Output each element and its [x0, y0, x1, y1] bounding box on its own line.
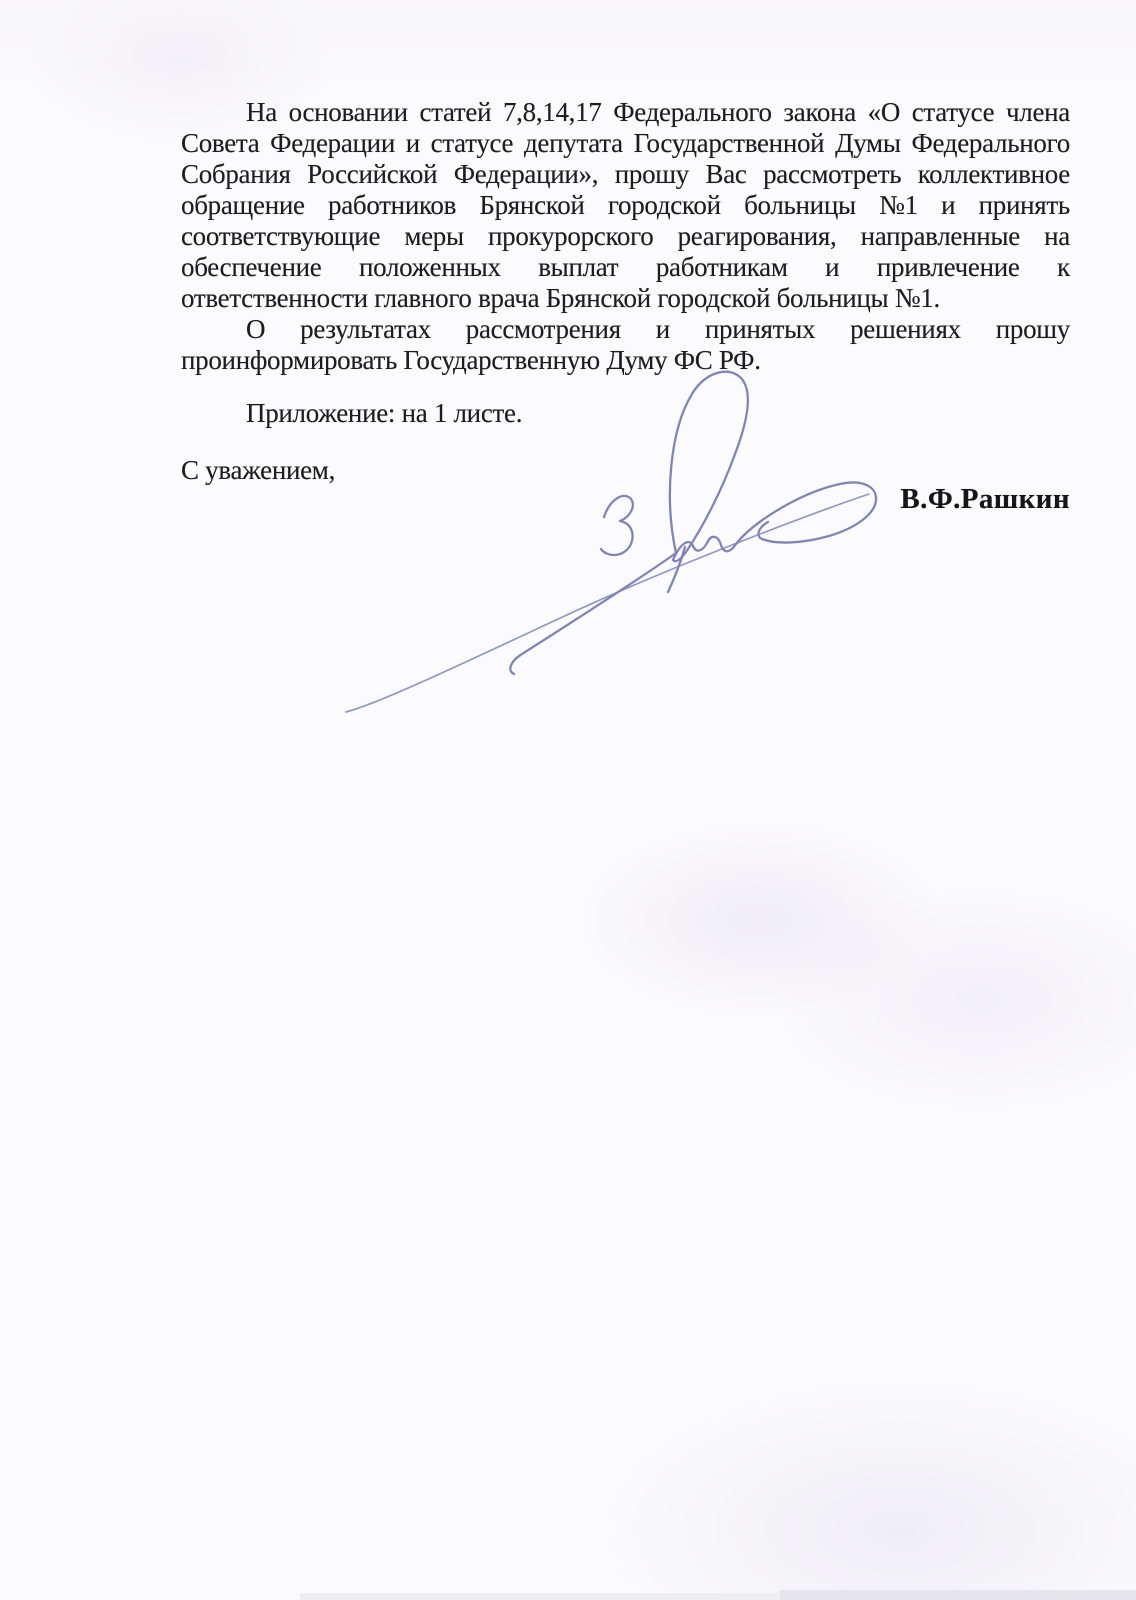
scanned-letter-page: Наоснованиистатей7,8,14,17Федеральногоза…	[0, 0, 1136, 1600]
signer-name: В.Ф.Рашкин	[900, 484, 1070, 515]
body-word: О	[246, 314, 265, 345]
body-word: основании	[289, 97, 408, 128]
body-word: Федерации»,	[454, 159, 598, 190]
body-word: №1	[879, 190, 918, 221]
body-word: Думы	[835, 128, 901, 159]
body-word: статусе	[431, 128, 514, 159]
body-word: 7,8,14,17	[503, 97, 602, 128]
body-word: результатах	[300, 314, 431, 345]
body-word: Государственной	[634, 128, 825, 159]
signature-loop-stroke	[510, 372, 748, 674]
body-word: и	[941, 190, 955, 221]
body-line: Орезультатахрассмотренияипринятыхрешения…	[181, 314, 1070, 345]
body-word: принять	[979, 190, 1070, 221]
body-word: соответствующие	[181, 221, 380, 252]
closing-salutation: С уважением,	[181, 455, 335, 486]
body-paragraphs: Наоснованиистатей7,8,14,17Федеральногоза…	[181, 97, 1070, 376]
body-word: городской	[608, 190, 721, 221]
body-word: «О	[868, 97, 900, 128]
body-word: Федерального	[911, 128, 1069, 159]
body-word: положенных	[359, 252, 501, 283]
body-word: и	[406, 128, 420, 159]
body-word: Российской	[307, 159, 437, 190]
body-word: обращение	[181, 190, 305, 221]
body-word: закона	[783, 97, 856, 128]
body-word: меры	[404, 221, 464, 252]
signature-tail-stroke	[346, 494, 869, 712]
body-word: привлечение	[877, 252, 1020, 283]
body-word: к	[1057, 252, 1070, 283]
body-word: Собрания	[181, 159, 291, 190]
body-word: депутата	[524, 128, 623, 159]
body-word: работникам	[656, 252, 788, 283]
body-word: На	[246, 97, 277, 128]
body-word: статусе	[912, 97, 995, 128]
body-word: Федерального	[613, 97, 771, 128]
scan-edge-shadow	[300, 1593, 1136, 1600]
body-line: Наоснованиистатей7,8,14,17Федеральногоза…	[181, 97, 1070, 128]
signature-descender-stroke	[668, 547, 685, 592]
body-word: члена	[1006, 97, 1070, 128]
body-word: прошу	[615, 159, 689, 190]
body-word: рассмотреть	[763, 159, 901, 190]
scan-edge-shadow-dark	[780, 1590, 1136, 1600]
body-word: Федерации	[270, 128, 395, 159]
attachment-note: Приложение: на 1 листе.	[246, 398, 522, 429]
body-line: СобранияРоссийскойФедерации»,прошуВасрас…	[181, 159, 1070, 190]
body-word: на	[1044, 221, 1070, 252]
body-word: Брянской	[479, 190, 584, 221]
body-word: принятых	[705, 314, 815, 345]
body-word: прошу	[996, 314, 1070, 345]
body-word: и	[825, 252, 839, 283]
signature-letter-stroke	[601, 496, 633, 555]
body-line: соответствующиемерыпрокурорскогореагиров…	[181, 221, 1070, 252]
body-line: ответственности главного врача Брянской …	[181, 283, 1070, 314]
body-word: статей	[419, 97, 491, 128]
body-word: работников	[328, 190, 456, 221]
body-word: реагирования,	[678, 221, 837, 252]
body-word: направленные	[861, 221, 1020, 252]
body-word: обеспечение	[181, 252, 321, 283]
body-line: СоветаФедерацииистатуседепутатаГосударст…	[181, 128, 1070, 159]
body-line: обращениеработниковБрянскойгородскойболь…	[181, 190, 1070, 221]
body-word: рассмотрения	[466, 314, 621, 345]
body-word: прокурорского	[488, 221, 653, 252]
body-line: обеспечениеположенныхвыплатработникамипр…	[181, 252, 1070, 283]
body-line: проинформировать Государственную Думу ФС…	[181, 345, 1070, 376]
body-word: решениях	[850, 314, 961, 345]
body-word: выплат	[538, 252, 618, 283]
body-word: и	[656, 314, 670, 345]
body-word: больницы	[744, 190, 856, 221]
body-word: Совета	[181, 128, 259, 159]
signature-flourish-stroke	[673, 482, 876, 560]
body-word: Вас	[706, 159, 747, 190]
body-word: коллективное	[918, 159, 1070, 190]
